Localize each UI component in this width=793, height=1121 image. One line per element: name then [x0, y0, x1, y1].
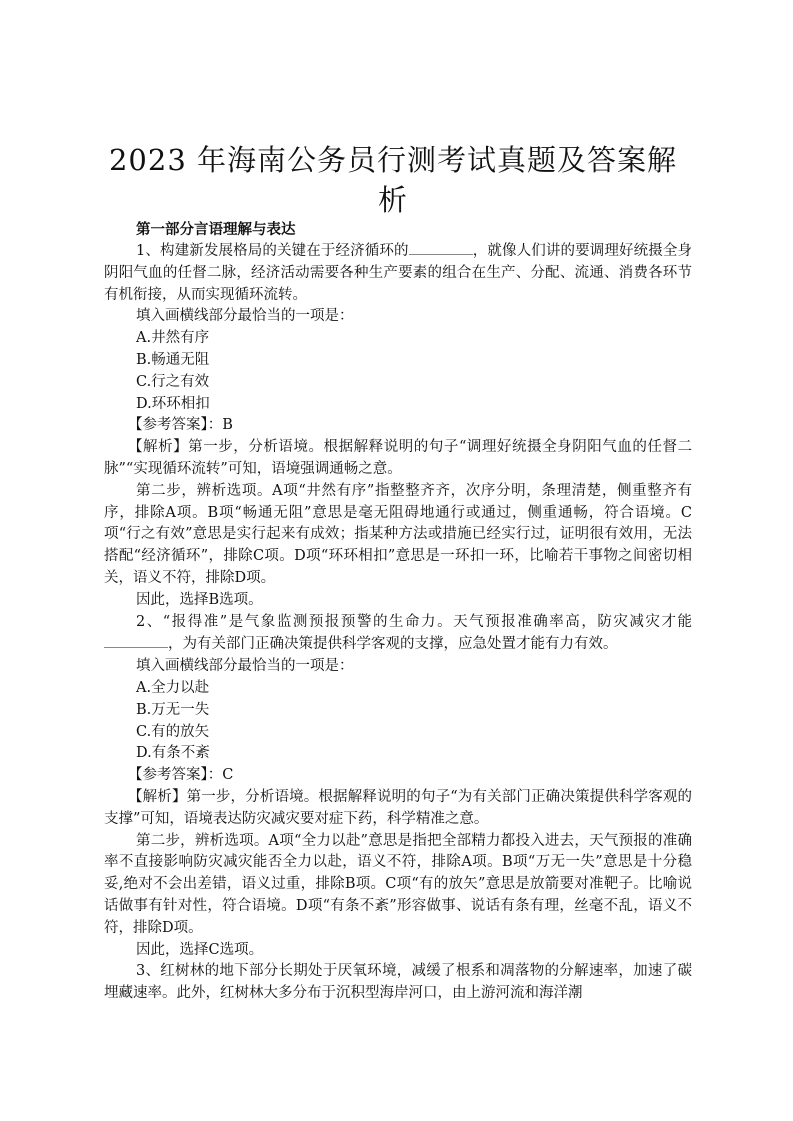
answer-label: 【参考答案】： — [128, 767, 222, 783]
option-c: C.行之有效 — [104, 372, 692, 394]
answer-label: 【参考答案】： — [128, 417, 222, 433]
option-a: A.井然有序 — [104, 328, 692, 350]
section-heading: 第一部分言语理解与表达 — [104, 220, 692, 240]
question-3: 3、红树林的地下部分长期处于厌氧环境，减缓了根系和凋落物的分解速率，加速了碳埋藏… — [104, 961, 692, 1005]
option-a: A.全力以赴 — [104, 678, 692, 700]
answer-value: C — [222, 767, 233, 783]
stem-text: 2、“报得准”是气象监测预报预警的生命力。天气预报准确率高，防灾减灾才能 — [136, 614, 692, 630]
answer-value: B — [222, 417, 233, 433]
conclusion: 因此，选择B选项。 — [104, 590, 692, 612]
stem-text: 1、构建新发展格局的关键在于经济循环的 — [136, 243, 409, 259]
question-prompt: 填入画横线部分最恰当的一项是： — [104, 306, 692, 328]
question-1: 1、构建新发展格局的关键在于经济循环的，就像人们讲的要调理好统摄全身阴阳气血的任… — [104, 240, 692, 612]
stem-text: ，为有关部门正确决策提供科学客观的支撑，应急处置才能有力有效。 — [168, 636, 618, 652]
conclusion: 因此，选择C选项。 — [104, 940, 692, 962]
question-stem: 3、红树林的地下部分长期处于厌氧环境，减缓了根系和凋落物的分解速率，加速了碳埋藏… — [104, 961, 692, 1005]
analysis-step-1: 【解析】第一步，分析语境。根据解释说明的句子“调理好统摄全身阴阳气血的任督二脉”… — [104, 437, 692, 481]
document-title: 2023 年海南公务员行测考试真题及答案解析 — [94, 140, 692, 220]
option-d: D.环环相扣 — [104, 394, 692, 416]
document-page: 2023 年海南公务员行测考试真题及答案解析 第一部分言语理解与表达 1、构建新… — [104, 140, 692, 1005]
analysis-step-2: 第二步，辨析选项。A项“全力以赴”意思是指把全部精力都投入进去，天气预报的准确率… — [104, 831, 692, 940]
analysis-label: 【解析】 — [128, 439, 188, 455]
option-b: B.畅通无阻 — [104, 350, 692, 372]
analysis-text: 第一步，分析语境。根据解释说明的句子“调理好统摄全身阴阳气血的任督二脉”“实现循… — [104, 439, 692, 477]
fill-blank-line — [409, 240, 473, 255]
analysis-step-1: 【解析】第一步，分析语境。根据解释说明的句子“为有关部门正确决策提供科学客观的支… — [104, 787, 692, 831]
reference-answer: 【参考答案】：C — [104, 765, 692, 787]
option-b: B.万无一失 — [104, 700, 692, 722]
analysis-step-2: 第二步，辨析选项。A项“井然有序”指整整齐齐，次序分明，条理清楚，侧重整齐有序，… — [104, 481, 692, 590]
reference-answer: 【参考答案】：B — [104, 415, 692, 437]
question-stem: 1、构建新发展格局的关键在于经济循环的，就像人们讲的要调理好统摄全身阴阳气血的任… — [104, 240, 692, 306]
analysis-text: 第一步，分析语境。根据解释说明的句子“为有关部门正确决策提供科学客观的支撑”可知… — [104, 789, 692, 827]
question-2: 2、“报得准”是气象监测预报预警的生命力。天气预报准确率高，防灾减灾才能，为有关… — [104, 612, 692, 962]
fill-blank-line — [104, 633, 168, 648]
question-stem: 2、“报得准”是气象监测预报预警的生命力。天气预报准确率高，防灾减灾才能，为有关… — [104, 612, 692, 657]
question-prompt: 填入画横线部分最恰当的一项是： — [104, 656, 692, 678]
option-d: D.有条不紊 — [104, 743, 692, 765]
analysis-label: 【解析】 — [128, 789, 187, 805]
option-c: C.有的放矢 — [104, 722, 692, 744]
